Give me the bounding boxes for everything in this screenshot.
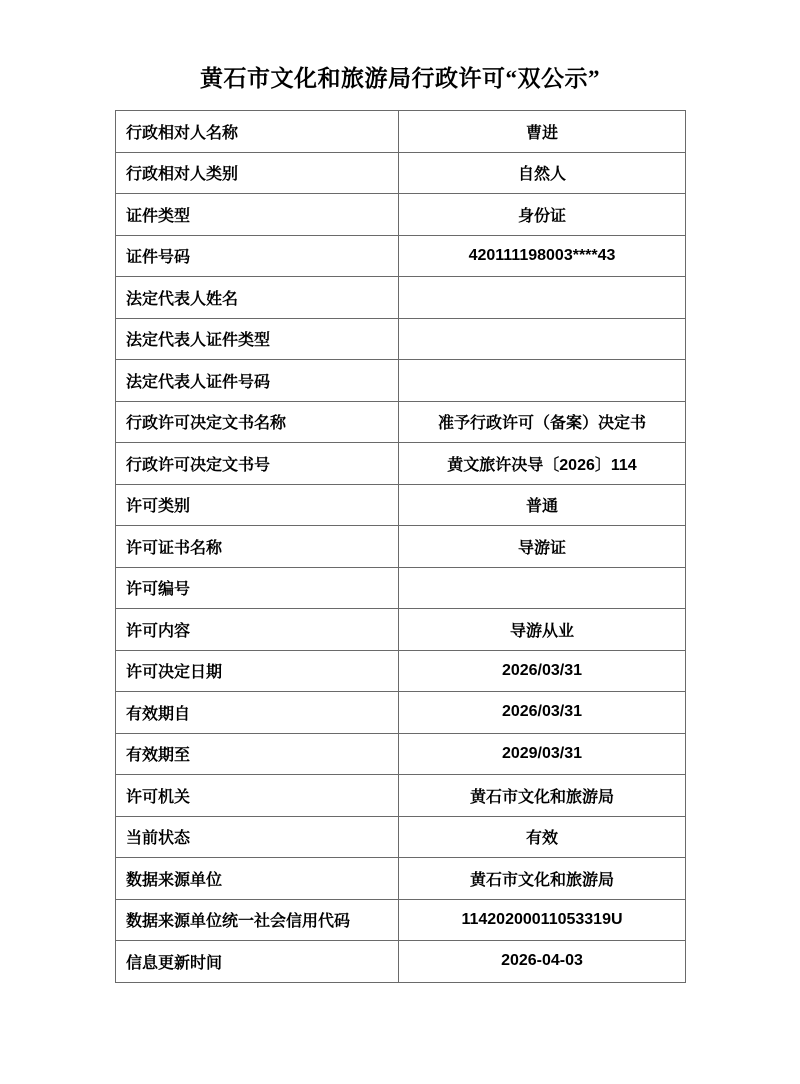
- row-label: 许可证书名称: [116, 526, 399, 568]
- row-label: 许可决定日期: [116, 650, 399, 692]
- row-value: 身份证: [399, 194, 686, 236]
- row-label: 数据来源单位: [116, 858, 399, 900]
- row-label: 行政许可决定文书名称: [116, 401, 399, 443]
- row-value: 有效: [399, 816, 686, 858]
- row-label: 证件号码: [116, 235, 399, 277]
- row-label: 许可编号: [116, 567, 399, 609]
- row-value: 普通: [399, 484, 686, 526]
- row-value: [399, 567, 686, 609]
- table-row: 许可证书名称 导游证: [116, 526, 686, 568]
- row-label: 许可机关: [116, 775, 399, 817]
- permit-table: 行政相对人名称 曹进 行政相对人类别 自然人 证件类型 身份证 证件号码 420…: [115, 110, 686, 983]
- row-value: 11420200011053319U: [399, 899, 686, 941]
- table-row: 有效期自 2026/03/31: [116, 692, 686, 734]
- permit-table-body: 行政相对人名称 曹进 行政相对人类别 自然人 证件类型 身份证 证件号码 420…: [116, 111, 686, 983]
- table-row: 许可内容 导游从业: [116, 609, 686, 651]
- table-row: 许可类别 普通: [116, 484, 686, 526]
- row-value: 黄石市文化和旅游局: [399, 775, 686, 817]
- document-page: 黄石市文化和旅游局行政许可“双公示” 行政相对人名称 曹进 行政相对人类别 自然…: [0, 0, 800, 1084]
- row-value: 导游从业: [399, 609, 686, 651]
- row-value: [399, 318, 686, 360]
- table-row: 有效期至 2029/03/31: [116, 733, 686, 775]
- table-row: 证件类型 身份证: [116, 194, 686, 236]
- row-value: 准予行政许可（备案）决定书: [399, 401, 686, 443]
- row-label: 法定代表人证件类型: [116, 318, 399, 360]
- table-row: 数据来源单位 黄石市文化和旅游局: [116, 858, 686, 900]
- table-row: 法定代表人姓名: [116, 277, 686, 319]
- row-value: 2029/03/31: [399, 733, 686, 775]
- row-label: 有效期至: [116, 733, 399, 775]
- row-label: 法定代表人姓名: [116, 277, 399, 319]
- table-row: 行政许可决定文书号 黄文旅许决导〔2026〕114: [116, 443, 686, 485]
- row-label: 许可类别: [116, 484, 399, 526]
- table-row: 数据来源单位统一社会信用代码 11420200011053319U: [116, 899, 686, 941]
- table-row: 行政相对人名称 曹进: [116, 111, 686, 153]
- table-row: 法定代表人证件号码: [116, 360, 686, 402]
- row-value: 导游证: [399, 526, 686, 568]
- row-label: 许可内容: [116, 609, 399, 651]
- row-label: 证件类型: [116, 194, 399, 236]
- row-value: 2026/03/31: [399, 692, 686, 734]
- row-value: 2026-04-03: [399, 941, 686, 983]
- row-value: 黄石市文化和旅游局: [399, 858, 686, 900]
- page-title: 黄石市文化和旅游局行政许可“双公示”: [0, 0, 800, 94]
- row-value: 2026/03/31: [399, 650, 686, 692]
- table-row: 许可机关 黄石市文化和旅游局: [116, 775, 686, 817]
- table-row: 许可决定日期 2026/03/31: [116, 650, 686, 692]
- table-row: 行政相对人类别 自然人: [116, 152, 686, 194]
- row-value: 黄文旅许决导〔2026〕114: [399, 443, 686, 485]
- row-label: 有效期自: [116, 692, 399, 734]
- table-row: 行政许可决定文书名称 准予行政许可（备案）决定书: [116, 401, 686, 443]
- table-row: 当前状态 有效: [116, 816, 686, 858]
- row-value: [399, 277, 686, 319]
- table-row: 许可编号: [116, 567, 686, 609]
- row-value: [399, 360, 686, 402]
- row-label: 行政相对人名称: [116, 111, 399, 153]
- table-row: 法定代表人证件类型: [116, 318, 686, 360]
- row-label: 当前状态: [116, 816, 399, 858]
- row-label: 行政相对人类别: [116, 152, 399, 194]
- row-value: 420111198003****43: [399, 235, 686, 277]
- row-value: 自然人: [399, 152, 686, 194]
- row-value: 曹进: [399, 111, 686, 153]
- table-row: 证件号码 420111198003****43: [116, 235, 686, 277]
- row-label: 行政许可决定文书号: [116, 443, 399, 485]
- row-label: 法定代表人证件号码: [116, 360, 399, 402]
- table-row: 信息更新时间 2026-04-03: [116, 941, 686, 983]
- row-label: 数据来源单位统一社会信用代码: [116, 899, 399, 941]
- row-label: 信息更新时间: [116, 941, 399, 983]
